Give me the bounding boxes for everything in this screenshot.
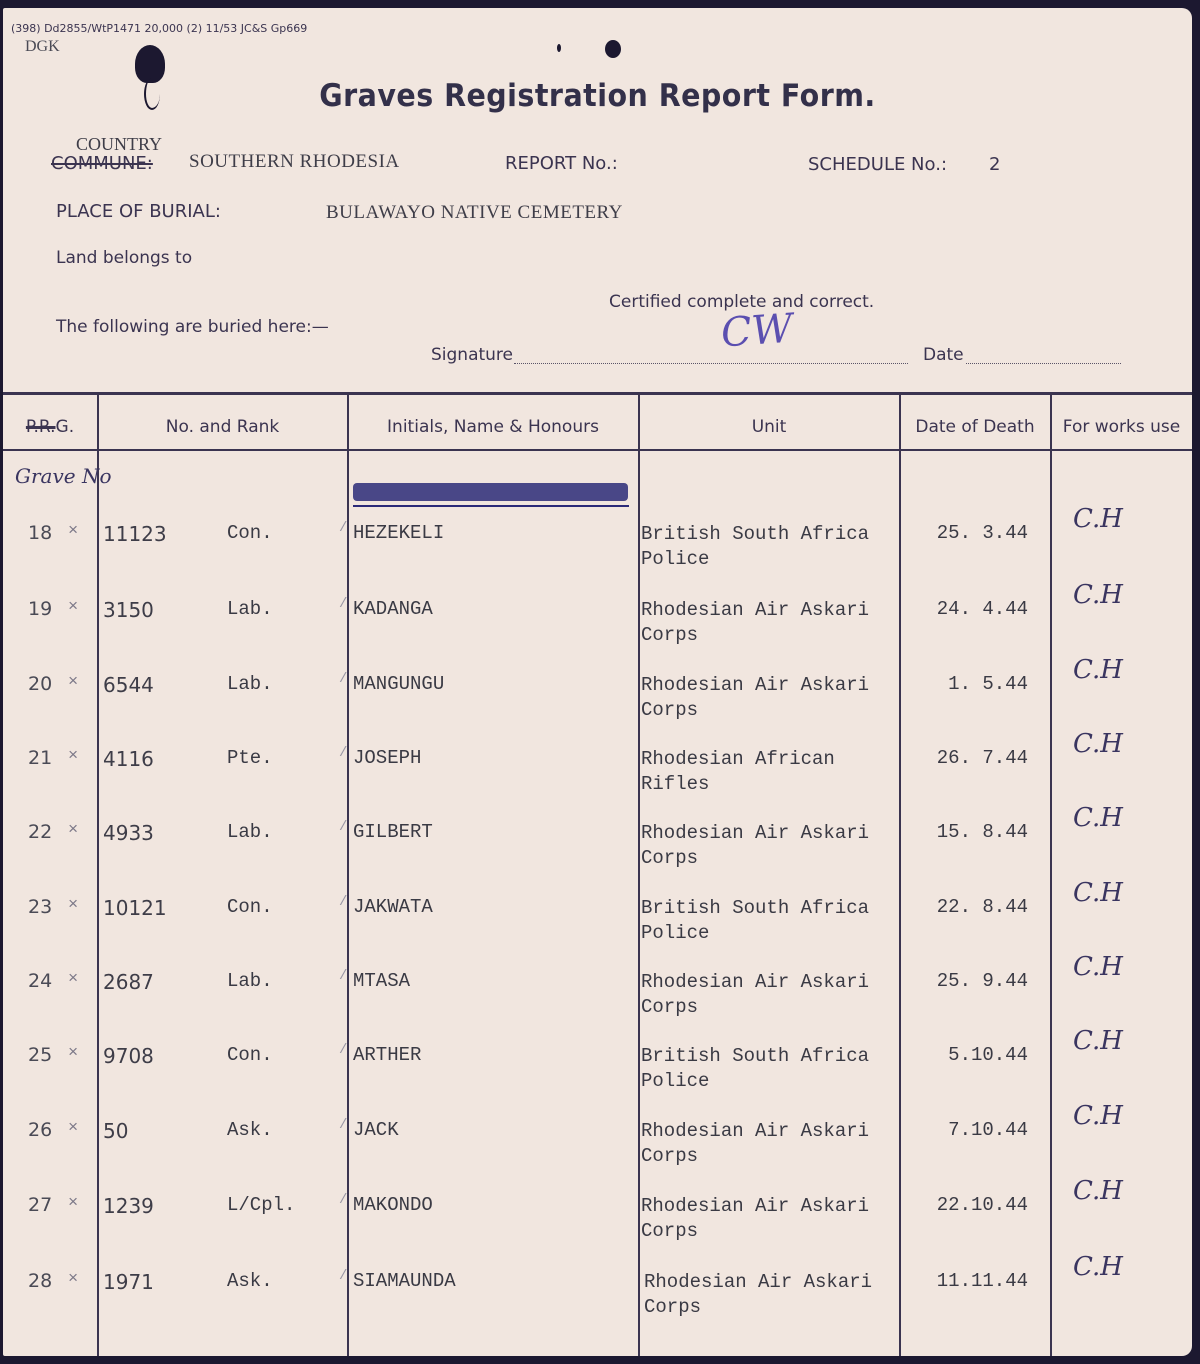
date-of-death: 5.10.44 — [903, 1044, 1028, 1066]
service-number: 50 — [103, 1119, 128, 1143]
country-label-typed: COUNTRY — [76, 134, 162, 155]
tick-mark-icon: / — [339, 894, 347, 910]
rank: L/Cpl. — [227, 1194, 295, 1216]
unit: Rhodesian African Rifles — [641, 747, 891, 797]
date-of-death: 25. 3.44 — [903, 522, 1028, 544]
header-text: G. — [56, 417, 75, 437]
name: JACK — [353, 1119, 399, 1141]
unit: Rhodesian Air Askari Corps — [641, 821, 891, 871]
service-number: 4933 — [103, 821, 154, 845]
check-mark-icon: × — [68, 673, 78, 692]
tick-mark-icon: / — [339, 819, 347, 835]
table-row[interactable]: 26 × 50 Ask. / JACK Rhodesian Air Askari… — [3, 1119, 1192, 1193]
works-use-note: C.H — [1073, 504, 1123, 534]
service-number: 11123 — [103, 522, 167, 546]
print-code: (398) Dd2855/WtP1471 20,000 (2) 11/53 JC… — [11, 22, 307, 35]
name: HEZEKELI — [353, 522, 444, 544]
table-top-rule — [3, 392, 1192, 395]
name: SIAMAUNDA — [353, 1270, 456, 1292]
check-mark-icon: × — [68, 970, 78, 989]
signature-label: Signature — [431, 345, 513, 365]
column-header-unit: Unit — [639, 405, 899, 449]
check-mark-icon: × — [68, 896, 78, 915]
column-header-name: Initials, Name & Honours — [348, 405, 638, 449]
name: MTASA — [353, 970, 410, 992]
date-of-death: 15. 8.44 — [903, 821, 1028, 843]
unit: Rhodesian Air Askari Corps — [641, 970, 891, 1020]
grave-number: 19 — [28, 598, 52, 620]
check-mark-icon: × — [68, 821, 78, 840]
table-row[interactable]: 20 × 6544 Lab. / MANGUNGU Rhodesian Air … — [3, 673, 1192, 747]
signature-line[interactable] — [514, 363, 908, 364]
header-struck-text: P.R. — [26, 417, 56, 437]
punch-hole — [557, 44, 561, 52]
grave-number: 22 — [28, 821, 52, 843]
date-of-death: 22. 8.44 — [903, 896, 1028, 918]
date-of-death: 25. 9.44 — [903, 970, 1028, 992]
file-reference: DGK — [25, 38, 60, 56]
works-use-note: C.H — [1073, 1026, 1123, 1056]
check-mark-icon: × — [68, 1119, 78, 1138]
buried-here-label: The following are buried here:— — [56, 317, 329, 337]
table-header-rule — [3, 449, 1192, 451]
date-label: Date — [923, 345, 964, 365]
rank: Con. — [227, 1044, 273, 1066]
name: JOSEPH — [353, 747, 421, 769]
table-row[interactable]: 27 × 1239 L/Cpl. / MAKONDO Rhodesian Air… — [3, 1194, 1192, 1268]
tick-mark-icon: / — [339, 520, 347, 536]
schedule-no-label: SCHEDULE No.: — [808, 154, 947, 175]
date-of-death: 1. 5.44 — [903, 673, 1028, 695]
service-number: 6544 — [103, 673, 154, 697]
works-use-note: C.H — [1073, 580, 1123, 610]
tick-mark-icon: / — [339, 1117, 347, 1133]
rank: Lab. — [227, 673, 273, 695]
land-belongs-label: Land belongs to — [56, 248, 192, 268]
service-number: 2687 — [103, 970, 154, 994]
grave-number: 21 — [28, 747, 52, 769]
check-mark-icon: × — [68, 1270, 78, 1289]
unit: British South Africa Police — [641, 896, 891, 946]
rank: Con. — [227, 522, 273, 544]
service-number: 10121 — [103, 896, 167, 920]
place-of-burial-label: PLACE OF BURIAL: — [56, 201, 221, 222]
works-use-note: C.H — [1073, 878, 1123, 908]
check-mark-icon: × — [68, 522, 78, 541]
works-use-note: C.H — [1073, 803, 1123, 833]
rank: Pte. — [227, 747, 273, 769]
date-of-death: 11.11.44 — [903, 1270, 1028, 1292]
name: JAKWATA — [353, 896, 433, 918]
grave-number: 20 — [28, 673, 52, 695]
table-row[interactable]: 25 × 9708 Con. / ARTHER British South Af… — [3, 1044, 1192, 1118]
check-mark-icon: × — [68, 747, 78, 766]
works-use-note: C.H — [1073, 1176, 1123, 1206]
service-number: 9708 — [103, 1044, 154, 1068]
column-header-date: Date of Death — [900, 405, 1050, 449]
rank: Ask. — [227, 1270, 273, 1292]
tick-mark-icon: / — [339, 596, 347, 612]
table-row[interactable]: 28 × 1971 Ask. / SIAMAUNDA Rhodesian Air… — [3, 1270, 1192, 1344]
works-use-note: C.H — [1073, 1101, 1123, 1131]
unit: Rhodesian Air Askari Corps — [644, 1270, 894, 1320]
place-of-burial-value[interactable]: BULAWAYO NATIVE CEMETERY — [326, 202, 623, 224]
date-of-death: 22.10.44 — [903, 1194, 1028, 1216]
tick-mark-icon: / — [339, 1042, 347, 1058]
date-of-death: 24. 4.44 — [903, 598, 1028, 620]
grave-number: 27 — [28, 1194, 52, 1216]
signature: CW — [719, 306, 794, 357]
date-of-death: 26. 7.44 — [903, 747, 1028, 769]
table-row[interactable]: 23 × 10121 Con. / JAKWATA British South … — [3, 896, 1192, 970]
name: ARTHER — [353, 1044, 421, 1066]
service-number: 4116 — [103, 747, 154, 771]
commune-label-struck: COMMUNE: — [51, 153, 153, 174]
tick-mark-icon: / — [339, 968, 347, 984]
service-number: 1239 — [103, 1194, 154, 1218]
column-header-works: For works use — [1051, 405, 1192, 449]
unit: British South Africa Police — [641, 522, 891, 572]
rank: Lab. — [227, 821, 273, 843]
tick-mark-icon: / — [339, 745, 347, 761]
works-use-note: C.H — [1073, 655, 1123, 685]
unit: British South Africa Police — [641, 1044, 891, 1094]
name: MAKONDO — [353, 1194, 433, 1216]
works-use-note: C.H — [1073, 1252, 1123, 1282]
works-use-note: C.H — [1073, 729, 1123, 759]
punch-hole — [605, 40, 621, 58]
service-number: 1971 — [103, 1270, 154, 1294]
unit: Rhodesian Air Askari Corps — [641, 598, 891, 648]
tick-mark-icon: / — [339, 1192, 347, 1208]
unit: Rhodesian Air Askari Corps — [641, 673, 891, 723]
tick-mark-icon: / — [339, 1268, 347, 1284]
check-mark-icon: × — [68, 598, 78, 617]
form-sheet: (398) Dd2855/WtP1471 20,000 (2) 11/53 JC… — [3, 8, 1192, 1356]
rank: Lab. — [227, 970, 273, 992]
country-value[interactable]: SOUTHERN RHODESIA — [189, 151, 400, 173]
name: GILBERT — [353, 821, 433, 843]
unit: Rhodesian Air Askari Corps — [641, 1119, 891, 1169]
grave-number: 24 — [28, 970, 52, 992]
date-of-death: 7.10.44 — [903, 1119, 1028, 1141]
check-mark-icon: × — [68, 1194, 78, 1213]
handwritten-grave-no-note: Grave No — [15, 464, 112, 488]
redacted-entry — [353, 483, 628, 501]
name: KADANGA — [353, 598, 433, 620]
column-header-grave: P.R.G. — [3, 405, 97, 449]
table-row[interactable]: 18 × 11123 Con. / HEZEKELI British South… — [3, 522, 1192, 596]
grave-number: 23 — [28, 896, 52, 918]
tick-mark-icon: / — [339, 671, 347, 687]
grave-number: 18 — [28, 522, 52, 544]
table-row[interactable]: 21 × 4116 Pte. / JOSEPH Rhodesian Africa… — [3, 747, 1192, 821]
grave-number: 26 — [28, 1119, 52, 1141]
date-line[interactable] — [966, 363, 1121, 364]
works-use-note: C.H — [1073, 952, 1123, 982]
table-row[interactable]: 24 × 2687 Lab. / MTASA Rhodesian Air Ask… — [3, 970, 1192, 1044]
report-no-label: REPORT No.: — [505, 153, 618, 174]
check-mark-icon: × — [68, 1044, 78, 1063]
form-title: Graves Registration Report Form. — [51, 78, 1145, 114]
rank: Lab. — [227, 598, 273, 620]
grave-number: 25 — [28, 1044, 52, 1066]
name: MANGUNGU — [353, 673, 444, 695]
grave-number: 28 — [28, 1270, 52, 1292]
service-number: 3150 — [103, 598, 154, 622]
rank: Con. — [227, 896, 273, 918]
unit: Rhodesian Air Askari Corps — [641, 1194, 891, 1244]
rank: Ask. — [227, 1119, 273, 1141]
redaction-underline — [353, 505, 629, 507]
table-row[interactable]: 22 × 4933 Lab. / GILBERT Rhodesian Air A… — [3, 821, 1192, 895]
column-header-no-rank: No. and Rank — [98, 405, 347, 449]
table-row[interactable]: 19 × 3150 Lab. / KADANGA Rhodesian Air A… — [3, 598, 1192, 672]
schedule-no-value[interactable]: 2 — [989, 154, 1000, 175]
